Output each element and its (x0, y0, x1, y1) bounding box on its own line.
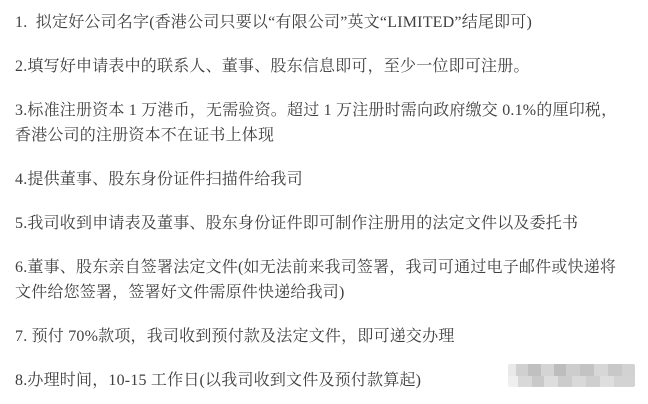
list-item-4: 4.提供董事、股东身份证件扫描件给我司 (15, 167, 632, 192)
list-item-1: 1. 拟定好公司名字(香港公司只要以“有限公司”英文“LIMITED”结尾即可) (15, 10, 632, 35)
list-item-3: 3.标准注册资本 1 万港币，无需验资。超过 1 万注册时需向政府缴交 0.1%… (15, 98, 632, 148)
list-item-2: 2.填写好申请表中的联系人、董事、股东信息即可，至少一位即可注册。 (15, 54, 632, 79)
document-body: 1. 拟定好公司名字(香港公司只要以“有限公司”英文“LIMITED”结尾即可)… (0, 0, 648, 393)
list-item-6: 6.董事、股东亲自签署法定文件(如无法前来我司签署，我司可通过电子邮件或快递将文… (15, 255, 632, 305)
document-page: 1. 拟定好公司名字(香港公司只要以“有限公司”英文“LIMITED”结尾即可)… (0, 0, 648, 404)
redacted-watermark (508, 364, 635, 387)
list-item-5: 5.我司收到申请表及董事、股东身份证件即可制作注册用的法定文件以及委托书 (15, 211, 632, 236)
list-item-7: 7. 预付 70%款项，我司收到预付款及法定文件，即可递交办理 (15, 324, 632, 349)
